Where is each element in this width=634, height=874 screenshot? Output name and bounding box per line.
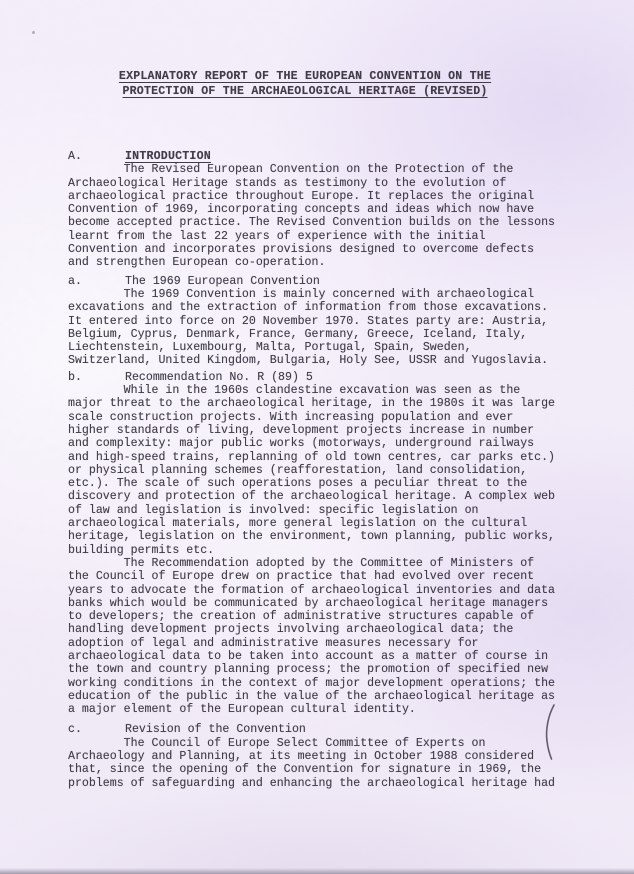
- paragraph-revision: The Council of Europe Select Committee o…: [68, 737, 634, 790]
- section-title: INTRODUCTION: [125, 150, 211, 163]
- section-label: c.: [68, 723, 125, 736]
- section-title: The 1969 European Convention: [125, 275, 320, 288]
- section-label: A.: [68, 150, 125, 163]
- section-label: b.: [68, 371, 125, 384]
- section-label: a.: [68, 275, 125, 288]
- scanned-document-page: EXPLANATORY REPORT OF THE EUROPEAN CONVE…: [0, 0, 634, 874]
- paragraph-recommendation-2: The Recommendation adopted by the Commit…: [68, 557, 634, 717]
- section-heading-1969-convention: a.The 1969 European Convention: [68, 275, 634, 288]
- document-title-line2: PROTECTION OF THE ARCHAEOLOGICAL HERITAG…: [122, 85, 487, 98]
- section-title: Recommendation No. R (89) 5: [125, 371, 313, 384]
- section-heading-recommendation: b.Recommendation No. R (89) 5: [68, 371, 634, 384]
- document-body: EXPLANATORY REPORT OF THE EUROPEAN CONVE…: [0, 0, 634, 790]
- paragraph-introduction: The Revised European Convention on the P…: [68, 163, 634, 269]
- scan-bottom-edge: [0, 868, 634, 874]
- section-heading-revision: c.Revision of the Convention: [68, 723, 634, 736]
- document-title-line1: EXPLANATORY REPORT OF THE EUROPEAN CONVE…: [119, 70, 491, 83]
- paragraph-1969-convention: The 1969 Convention is mainly concerned …: [68, 288, 634, 368]
- section-heading-introduction: A.INTRODUCTION: [68, 150, 634, 163]
- document-title: EXPLANATORY REPORT OF THE EUROPEAN CONVE…: [0, 70, 610, 99]
- section-title: Revision of the Convention: [125, 723, 306, 736]
- paragraph-recommendation-1: While in the 1960s clandestine excavatio…: [68, 384, 634, 557]
